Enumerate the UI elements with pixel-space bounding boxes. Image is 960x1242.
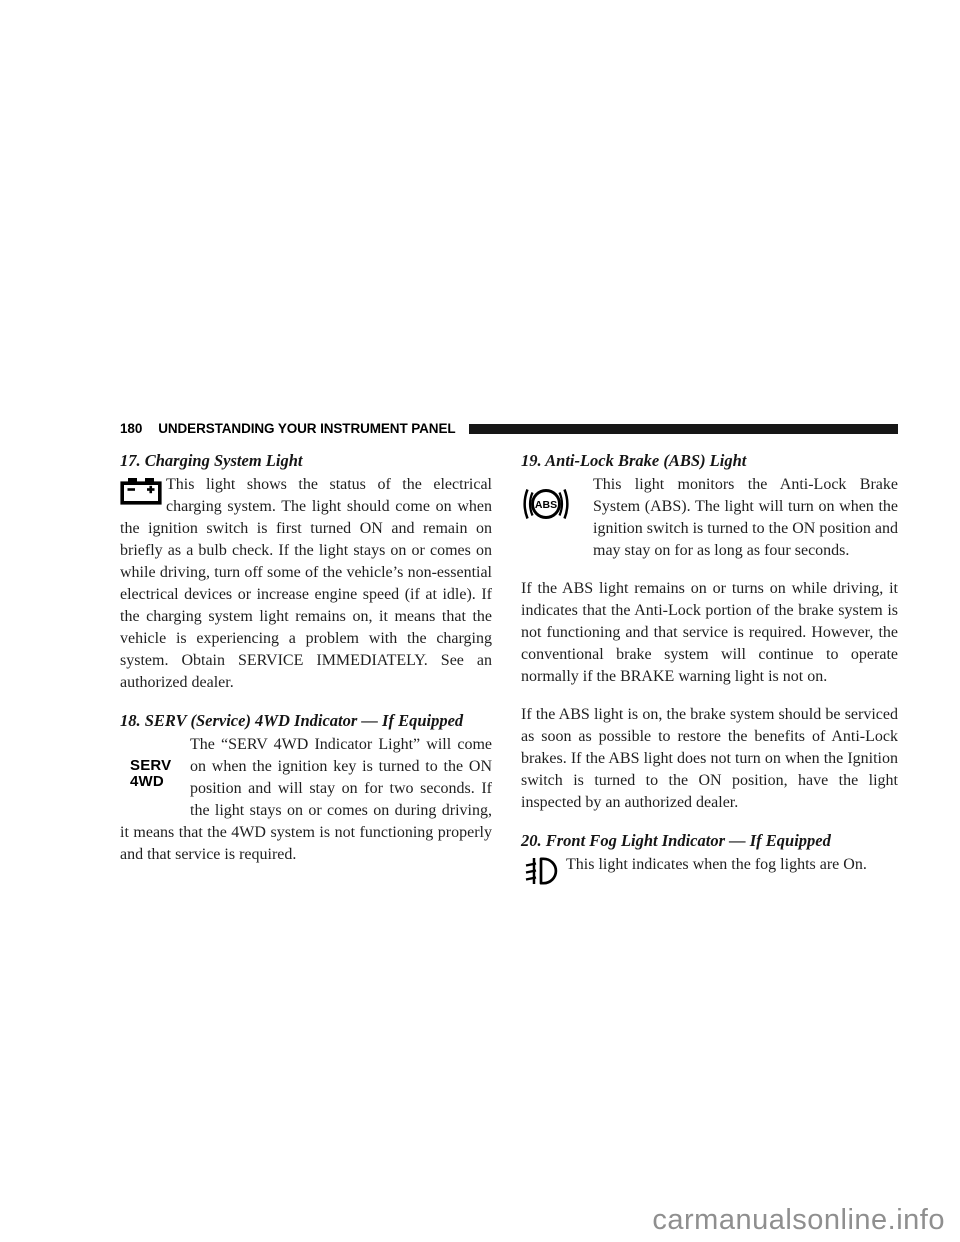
section-19-paragraph-1: ABS This light monitors the Anti-Lock Br… bbox=[521, 474, 898, 562]
section-17-paragraph: This light shows the status of the elect… bbox=[120, 474, 492, 694]
page-header: 180 UNDERSTANDING YOUR INSTRUMENT PANEL bbox=[120, 421, 898, 436]
section-19-body-1: This light monitors the Anti-Lock Brake … bbox=[593, 476, 898, 559]
page-content: 17. Charging System Light This light sho… bbox=[120, 450, 898, 886]
section-19-body-2: If the ABS light remains on or turns on … bbox=[521, 580, 898, 685]
serv-4wd-icon-line2: 4WD bbox=[130, 774, 190, 790]
manual-page: 180 UNDERSTANDING YOUR INSTRUMENT PANEL … bbox=[0, 0, 960, 1242]
right-column: 19. Anti-Lock Brake (ABS) Light ABS This… bbox=[521, 450, 898, 886]
section-20-body: This light indicates when the fog lights… bbox=[566, 856, 867, 873]
section-17-heading: 17. Charging System Light bbox=[120, 450, 492, 471]
abs-warning-icon: ABS bbox=[521, 474, 593, 562]
serv-4wd-indicator-icon: SERV 4WD bbox=[120, 734, 190, 822]
fog-light-icon bbox=[521, 854, 566, 886]
section-19-body-3: If the ABS light is on, the brake system… bbox=[521, 706, 898, 811]
left-column: 17. Charging System Light This light sho… bbox=[120, 450, 492, 886]
section-19-heading: 19. Anti-Lock Brake (ABS) Light bbox=[521, 450, 898, 471]
watermark-text: carmanualsonline.info bbox=[652, 1204, 945, 1237]
page-number: 180 bbox=[120, 421, 142, 436]
section-18-heading: 18. SERV (Service) 4WD Indicator — If Eq… bbox=[120, 710, 492, 731]
header-title: UNDERSTANDING YOUR INSTRUMENT PANEL bbox=[158, 421, 455, 436]
abs-icon-label: ABS bbox=[535, 499, 557, 511]
section-18-paragraph: SERV 4WD The “SERV 4WD Indicator Light” … bbox=[120, 734, 492, 866]
section-19-paragraph-3: If the ABS light is on, the brake system… bbox=[521, 704, 898, 814]
battery-charging-icon bbox=[120, 474, 166, 518]
section-19-paragraph-2: If the ABS light remains on or turns on … bbox=[521, 578, 898, 688]
serv-4wd-icon-line1: SERV bbox=[130, 758, 190, 774]
section-20-heading: 20. Front Fog Light Indicator — If Equip… bbox=[521, 830, 898, 851]
header-rule-bar bbox=[469, 424, 899, 434]
section-20-paragraph: This light indicates when the fog lights… bbox=[521, 854, 898, 876]
section-17-body: This light shows the status of the elect… bbox=[120, 476, 492, 691]
